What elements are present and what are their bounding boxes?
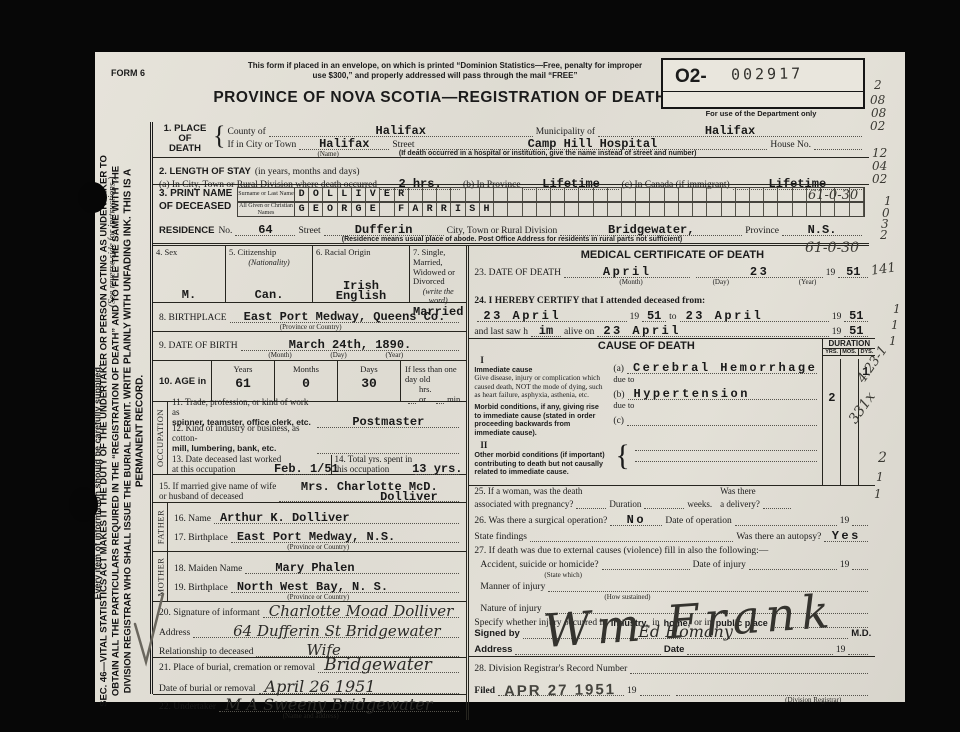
saw-pronoun: im: [539, 324, 553, 338]
letter-cell: V: [366, 188, 380, 201]
field-father-name: 16. Name Arthur K. Dolliver: [168, 503, 466, 524]
letter-cell: R: [423, 203, 437, 216]
margin-note: 2: [880, 228, 888, 242]
letter-cell: [409, 188, 423, 201]
municipality-label: Municipality of: [536, 127, 595, 137]
mother-birthplace-value: North West Bay, N. S.: [237, 580, 388, 594]
other-morbid-brace: {: [615, 442, 629, 469]
surname-grid-label: Surname or Last Name: [237, 187, 295, 202]
city-caption: (Name): [317, 150, 338, 158]
date-of-birth-value: March 24th, 1890.: [289, 338, 411, 352]
margin-note: 141: [870, 260, 897, 278]
letter-cell: [579, 188, 593, 201]
letter-cell: D: [295, 188, 309, 201]
field-birthplace: 8. BIRTHPLACE East Port Medway, Queens C…: [153, 303, 466, 332]
letter-cell: S: [466, 203, 480, 216]
letter-cell: [494, 188, 508, 201]
letter-cell: [778, 188, 792, 201]
residence-city-label: City, Town or Rural Division: [447, 226, 558, 236]
mother-group: MOTHER 18. Maiden Name Mary Phalen 19: [153, 552, 466, 602]
letter-cell: [764, 203, 778, 216]
father-vertical-label: FATHER: [155, 510, 165, 545]
letter-cell: [707, 188, 721, 201]
occupation-group: OCCUPATION 11. Trade, profession, or kin…: [153, 402, 466, 475]
envelope-note: This form if placed in an envelope, on w…: [210, 61, 680, 82]
field-last-worked: 13. Date deceased last worked at this oc…: [172, 455, 281, 475]
margin-note: 1: [876, 470, 884, 484]
letter-cell: [835, 203, 849, 216]
see-reverse-note: (See reverse side for instructions.): [108, 110, 118, 375]
field-citizenship: 5. Citizenship (Nationality) Can.: [226, 246, 313, 302]
field-pregnancy: 25. If a woman, was the death associated…: [469, 486, 875, 510]
margin-note: 08: [871, 106, 886, 120]
letter-cell: [722, 203, 736, 216]
punch-hole: [69, 487, 98, 522]
attended-from-year: 51: [647, 309, 661, 323]
length-of-stay-label: 2. LENGTH OF STAY: [159, 166, 251, 177]
letter-cell: O: [309, 188, 323, 201]
personal-column: 4. Sex M. 5. Citizenship (Nationality) C…: [153, 246, 466, 720]
city-value: Halifax: [319, 137, 369, 151]
racial-origin-value2: English: [336, 290, 386, 302]
letter-cell: [594, 188, 608, 201]
age-years: 61: [235, 376, 251, 391]
letter-cell: [693, 188, 707, 201]
field-length-of-stay: 2. LENGTH OF STAY (in years, months and …: [153, 158, 869, 185]
field-sex: 4. Sex M.: [153, 246, 226, 302]
letter-cell: [423, 188, 437, 201]
letter-cell: [508, 188, 522, 201]
field-industry: 12. Kind of industry or business, as cot…: [168, 428, 466, 454]
length-of-stay-sub: (in years, months and days): [255, 167, 360, 177]
field-informant: 20. Signature of informant Charlotte Moa…: [153, 602, 466, 658]
burial-place-value: Bridgewater: [324, 655, 432, 675]
given-letter-grid: GEORGEFARRISH: [295, 202, 865, 217]
letter-cell: [650, 188, 664, 201]
letter-cell: [622, 203, 636, 216]
letter-cell: F: [395, 203, 409, 216]
residence-city-value: Bridgewater,: [608, 223, 694, 237]
letter-cell: [679, 203, 693, 216]
letter-cell: L: [323, 188, 337, 201]
immediate-cause-value: Cerebral Hemorrhage: [633, 361, 817, 375]
municipality-value: Halifax: [705, 124, 755, 138]
letter-cell: [551, 203, 565, 216]
letter-cell: [636, 188, 650, 201]
envelope-note-line2: use $300,” and properly addressed will p…: [210, 71, 680, 81]
field-marital-status: 7. Single, Married, Widowed or Divorced …: [410, 246, 466, 302]
residence-street-value: Dufferin: [355, 223, 413, 237]
attended-to: 23 April: [686, 309, 764, 323]
letter-cell: [665, 203, 679, 216]
letter-cell: [523, 203, 537, 216]
given-grid-label: All Given or Christian Names: [237, 202, 295, 217]
letter-cell: [750, 203, 764, 216]
department-number-box: O2- 002917: [661, 58, 865, 109]
secondary-cause-duration-years: 2: [828, 391, 835, 405]
field-place-of-death: 1. PLACE OF DEATH { County of Halifax Mu…: [153, 122, 869, 158]
letter-cell: [537, 203, 551, 216]
dept-number-prefix: O2-: [675, 66, 707, 88]
letter-cell: [707, 203, 721, 216]
letter-cell: [480, 188, 494, 201]
letter-cell: [451, 188, 465, 201]
age-months: 0: [302, 376, 310, 391]
letter-cell: L: [338, 188, 352, 201]
attended-to-year: 51: [849, 309, 863, 323]
cause-explanations: I Immediate cause Give disease, injury o…: [469, 339, 609, 485]
secondary-cause-value: Hypertension: [634, 387, 750, 401]
citizenship-value: Can.: [255, 288, 284, 302]
page-title: PROVINCE OF NOVA SCOTIA—REGISTRATION OF …: [170, 89, 710, 107]
letter-cell: [807, 203, 821, 216]
residence-no-label: No.: [218, 226, 232, 236]
death-year: 51: [846, 265, 860, 279]
margin-note: 02: [870, 119, 885, 133]
letter-cell: I: [451, 203, 465, 216]
birthplace-caption: (Province or Country): [159, 323, 462, 331]
informant-address: 64 Dufferin St Bridgewater: [233, 622, 440, 640]
street-label: Street: [392, 140, 414, 150]
field-operation: 26. Was there a surgical operation? No D…: [469, 510, 875, 543]
margin-note: 04: [872, 159, 887, 173]
father-birthplace-value: East Port Medway, N.S.: [237, 530, 395, 544]
letter-cell: [850, 203, 864, 216]
margin-note: 12: [872, 146, 887, 160]
autopsy-value: Yes: [832, 529, 861, 543]
scan-background: SEC. 46—VITAL STATISTICS ACT MAKES IT TH…: [0, 0, 960, 732]
field-age: 10. AGE in Years 61 Months 0 Day: [153, 361, 466, 402]
letter-cell: O: [323, 203, 337, 216]
field-mother-birthplace: 19. Birthplace North West Bay, N. S. (Pr…: [168, 574, 466, 601]
city-label: If in City or Town: [227, 140, 296, 150]
cause-of-death-box: CAUSE OF DEATH I Immediate cause Give di…: [469, 338, 875, 486]
letter-cell: [380, 203, 394, 216]
letter-cell: [778, 203, 792, 216]
letter-cell: [551, 188, 565, 201]
house-no-label: House No.: [770, 140, 811, 150]
document-page: SEC. 46—VITAL STATISTICS ACT MAKES IT TH…: [95, 52, 905, 702]
letter-cell: I: [352, 188, 366, 201]
letter-cell: [736, 203, 750, 216]
residence-province-label: Province: [745, 226, 779, 236]
letter-cell: G: [352, 203, 366, 216]
street-caption: (If death occurred in a hospital or inst…: [399, 150, 697, 158]
field1-label: 1. PLACE OF DEATH: [159, 124, 211, 157]
margin-note: 2: [878, 450, 887, 466]
margin-note: 1: [889, 334, 897, 348]
letter-cell: A: [409, 203, 423, 216]
letter-cell: [821, 203, 835, 216]
letter-cell: [579, 203, 593, 216]
letter-cell: [608, 188, 622, 201]
letter-cell: [466, 188, 480, 201]
letter-cell: [594, 203, 608, 216]
field-father-birthplace: 17. Birthplace East Port Medway, N.S. (P…: [168, 524, 466, 551]
informant-signature: Charlotte Moad Dolliver: [269, 602, 453, 620]
print-name-label1: 3. PRINT NAME: [159, 187, 237, 200]
letter-cell: [537, 188, 551, 201]
last-worked-value: Feb. 1/51: [274, 462, 339, 476]
letter-cell: E: [366, 203, 380, 216]
attended-from: 23 April: [483, 309, 561, 323]
envelope-note-line1: This form if placed in an envelope, on w…: [210, 61, 680, 71]
letter-cell: [565, 203, 579, 216]
operation-value: No: [627, 513, 646, 527]
residence-province-value: N.S.: [808, 223, 837, 237]
field-residence: RESIDENCE No. 64 Street Dufferin City, T…: [153, 219, 869, 246]
field-total-years: 14. Total yrs. spent in this occupation: [331, 455, 412, 475]
letter-cell: [636, 203, 650, 216]
letter-cell: R: [338, 203, 352, 216]
last-seen-year: 51: [849, 324, 863, 338]
burial-date-value: April 26 1951: [265, 677, 376, 696]
field-print-name: 3. PRINT NAME OF DECEASED Surname or Las…: [153, 185, 869, 219]
dept-box-caption: For use of the Department only: [661, 109, 861, 118]
letter-cell: E: [380, 188, 394, 201]
letter-cell: [793, 203, 807, 216]
field-spouse: 15. If married give name of wife or husb…: [153, 475, 466, 503]
father-name-value: Arthur K. Dolliver: [220, 511, 350, 525]
filed-date-stamp: APR 27 1951: [504, 681, 616, 700]
death-day: 23: [750, 265, 769, 279]
letter-cell: R: [395, 188, 409, 201]
field-registrar-record: 28. Division Registrar's Record Number F…: [469, 656, 875, 709]
letter-cell: [523, 188, 537, 201]
county-value: Halifax: [376, 124, 426, 138]
death-month: April: [603, 265, 652, 279]
margin-note-code: 61-0-30: [805, 240, 859, 256]
punch-hole: [78, 182, 107, 213]
county-label: County of: [227, 127, 265, 137]
letter-cell: [764, 188, 778, 201]
residence-no-value: 64: [258, 223, 272, 237]
field-burial: 21. Place of burial, cremation or remova…: [153, 658, 466, 695]
cause-header: CAUSE OF DEATH: [469, 339, 823, 352]
father-group: FATHER 16. Name Arthur K. Dolliver 17: [153, 503, 466, 552]
total-years-value: 13 yrs.: [412, 462, 462, 476]
field1-brace: {: [213, 124, 225, 157]
letter-cell: [679, 188, 693, 201]
letter-cell: [793, 188, 807, 201]
birthplace-value: East Port Medway, Queens Co.: [244, 310, 446, 324]
dept-number-stamp: 002917: [731, 64, 803, 83]
pencil-checkmark: [131, 590, 167, 668]
spouse-value2: Dolliver: [380, 491, 438, 503]
letter-cell: [508, 203, 522, 216]
medical-header-note: 61-0-30: [808, 188, 858, 203]
letter-cell: [650, 203, 664, 216]
letter-cell: [437, 188, 451, 201]
field-certify: 24. I HEREBY CERTIFY that I attended dec…: [469, 292, 875, 338]
residence-label: RESIDENCE: [159, 225, 214, 236]
letter-cell: [494, 203, 508, 216]
field-undertaker: 22. Undertaker M A Sweeny Bridgewater (N…: [153, 695, 466, 720]
field-mother-name: 18. Maiden Name Mary Phalen: [168, 552, 466, 574]
letter-cell: [736, 188, 750, 201]
mother-name-value: Mary Phalen: [275, 561, 354, 575]
letter-cell: R: [437, 203, 451, 216]
residence-street-label: Street: [298, 226, 320, 236]
letter-cell: [750, 188, 764, 201]
every-item-note: Every item of information should be care…: [93, 340, 103, 625]
occupation-vertical-label: OCCUPATION: [155, 409, 165, 467]
letter-cell: [608, 203, 622, 216]
letter-cell: H: [480, 203, 494, 216]
margin-note: 1: [874, 487, 882, 501]
last-seen-date: 23 April: [603, 324, 681, 338]
age-days: 30: [361, 376, 377, 391]
form-number: FORM 6: [111, 68, 145, 78]
residence-caption: (Residence means usual place of abode. P…: [342, 236, 683, 243]
letter-cell: [565, 188, 579, 201]
letter-cell: [722, 188, 736, 201]
letter-cell: [622, 188, 636, 201]
margin-note: 1: [893, 302, 901, 316]
margin-note: 1: [891, 318, 899, 332]
print-name-label2: OF DECEASED: [159, 200, 237, 213]
letter-cell: E: [309, 203, 323, 216]
street-value: Camp Hill Hospital: [528, 137, 658, 151]
letter-cell: [665, 188, 679, 201]
surname-letter-grid: DOLLIVER: [295, 187, 865, 202]
field-date-of-birth: 9. DATE OF BIRTH March 24th, 1890. (Mont…: [153, 332, 466, 361]
field-racial-origin: 6. Racial Origin Irish English: [313, 246, 410, 302]
margin-note: 08: [870, 93, 885, 107]
margin-note: 2: [874, 78, 882, 92]
margin-note: 02: [872, 172, 887, 186]
dept-box-divider: [663, 91, 863, 92]
sex-value: M.: [182, 288, 196, 302]
field-date-of-death: 23. DATE OF DEATH April 23 19 51 (Month)…: [469, 265, 875, 292]
letter-cell: [693, 203, 707, 216]
letter-cell: G: [295, 203, 309, 216]
